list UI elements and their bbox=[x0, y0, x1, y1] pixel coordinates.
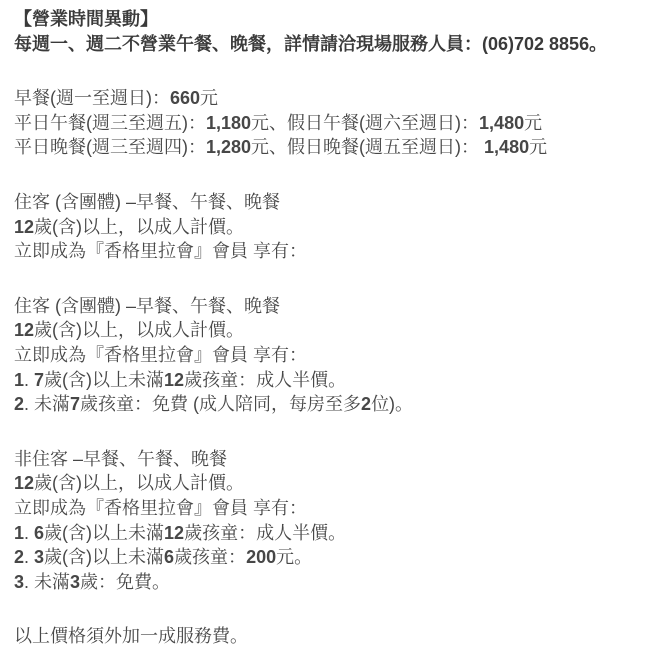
non-guest-rule-1: 1. 6歲(含)以上未滿12歲孩童：成人半價。 bbox=[14, 521, 645, 546]
guest-intro-adult-rule: 12歲(含)以上，以成人計價。 bbox=[14, 215, 645, 240]
price-dinner: 平日晚餐(週三至週四)：1,280元、假日晚餐(週五至週日)： 1,480元 bbox=[14, 135, 645, 160]
non-guest-adult-rule: 12歲(含)以上，以成人計價。 bbox=[14, 471, 645, 496]
guest-member-heading: 住客 (含團體) –早餐、午餐、晚餐 bbox=[14, 294, 645, 319]
non-guest-rule-3: 3. 未滿3歲：免費。 bbox=[14, 570, 645, 595]
non-guest-rule-2: 2. 3歲(含)以上未滿6歲孩童：200元。 bbox=[14, 545, 645, 570]
non-guest-heading: 非住客 –早餐、午餐、晚餐 bbox=[14, 447, 645, 472]
notice-title: 【營業時間異動】 bbox=[14, 7, 645, 32]
guest-intro-heading: 住客 (含團體) –早餐、午餐、晚餐 bbox=[14, 190, 645, 215]
non-guest-member-cta: 立即成為『香格里拉會』會員 享有： bbox=[14, 496, 645, 521]
service-charge-section: 以上價格須外加一成服務費。 bbox=[14, 624, 645, 649]
guest-member-rule-2: 2. 未滿7歲孩童：免費 (成人陪同，每房至多2位)。 bbox=[14, 392, 645, 417]
price-breakfast: 早餐(週一至週日)：660元 bbox=[14, 86, 645, 111]
guest-member-adult-rule: 12歲(含)以上，以成人計價。 bbox=[14, 318, 645, 343]
guest-intro-member-cta: 立即成為『香格里拉會』會員 享有： bbox=[14, 239, 645, 264]
price-list: 早餐(週一至週日)：660元 平日午餐(週三至週五)：1,180元、假日午餐(週… bbox=[14, 86, 645, 160]
service-charge-note: 以上價格須外加一成服務費。 bbox=[14, 624, 645, 649]
non-guest-section: 非住客 –早餐、午餐、晚餐 12歲(含)以上，以成人計價。 立即成為『香格里拉會… bbox=[14, 447, 645, 595]
business-hours-notice: 【營業時間異動】 每週一、週二不營業午餐、晚餐，詳情請洽現場服務人員：(06)7… bbox=[14, 7, 645, 56]
price-lunch: 平日午餐(週三至週五)：1,180元、假日午餐(週六至週日)：1,480元 bbox=[14, 111, 645, 136]
guest-member-cta: 立即成為『香格里拉會』會員 享有： bbox=[14, 343, 645, 368]
guest-member-section: 住客 (含團體) –早餐、午餐、晚餐 12歲(含)以上，以成人計價。 立即成為『… bbox=[14, 294, 645, 417]
dining-info-page: 【營業時間異動】 每週一、週二不營業午餐、晚餐，詳情請洽現場服務人員：(06)7… bbox=[0, 0, 653, 672]
notice-detail: 每週一、週二不營業午餐、晚餐，詳情請洽現場服務人員：(06)702 8856。 bbox=[14, 32, 645, 57]
guest-member-rule-1: 1. 7歲(含)以上未滿12歲孩童：成人半價。 bbox=[14, 368, 645, 393]
guest-intro-section: 住客 (含團體) –早餐、午餐、晚餐 12歲(含)以上，以成人計價。 立即成為『… bbox=[14, 190, 645, 264]
